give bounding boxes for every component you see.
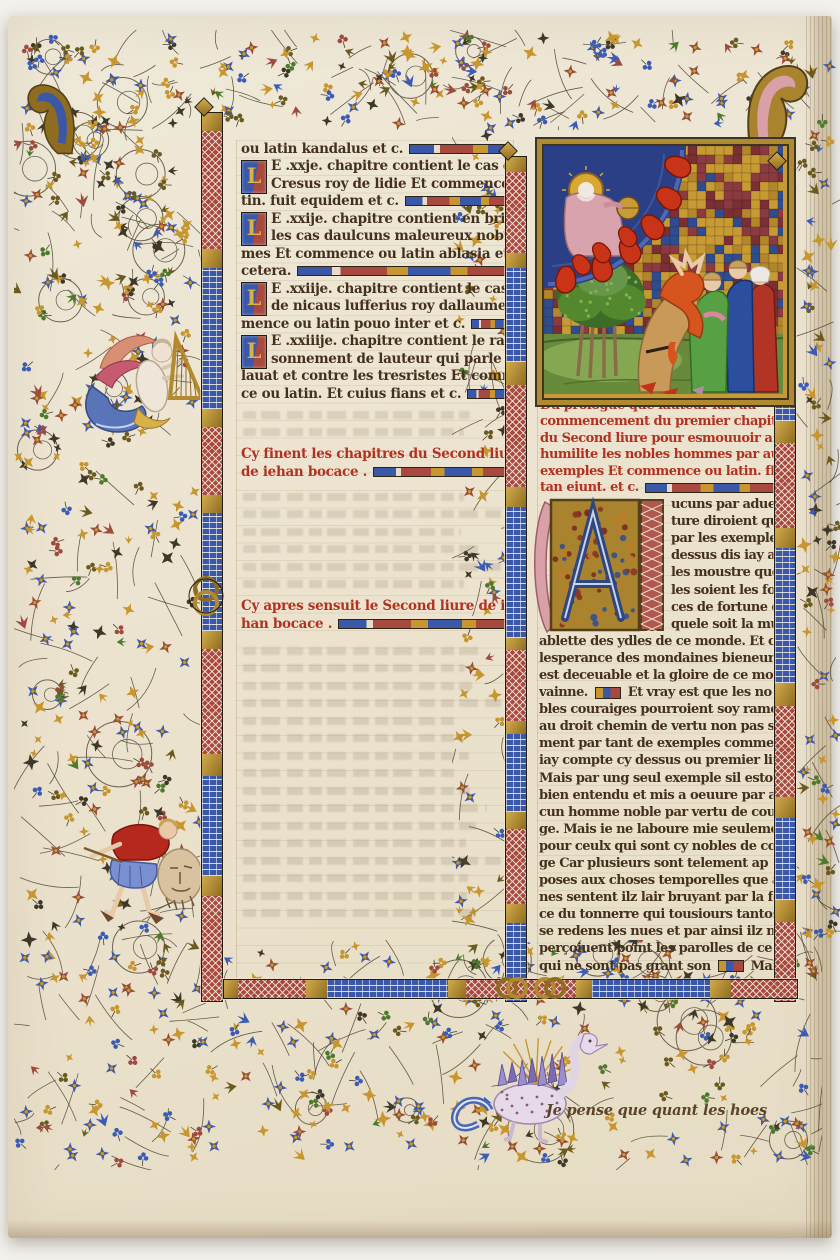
bar-segment	[202, 249, 222, 268]
border-bar-left	[201, 112, 223, 1002]
chapter-entry: LE .xxije. chapitre contient en briefles…	[241, 210, 511, 280]
ghost-line	[243, 699, 504, 707]
ghost-line	[243, 752, 469, 760]
text-line: E .xxiije. chapitre contient le cas	[241, 280, 511, 298]
bar-segment	[592, 980, 709, 998]
text-line: lesperance des mondaines bieneuretez	[539, 650, 781, 667]
bar-segment	[506, 812, 526, 830]
bar-segment	[202, 495, 222, 513]
ghost-line	[243, 664, 465, 672]
dragon-icon	[444, 1028, 622, 1146]
bar-segment	[202, 131, 222, 249]
line-filler-ornament	[338, 619, 511, 629]
man-carrying-mask-icon	[78, 802, 220, 928]
text-line: cun homme noble par vertu de courai	[539, 804, 781, 821]
champ-initial: L	[241, 282, 267, 316]
ghost-line	[243, 510, 507, 518]
bar-segment	[506, 362, 526, 385]
text-line: du Second liure pour esmouuoir a:	[540, 430, 782, 447]
champ-initial: L	[241, 335, 267, 369]
text-line: Cy apres sensuit le Second liure de ie	[241, 598, 511, 616]
text-line: ge. Mais ie ne laboure mie seulemet	[539, 821, 781, 838]
text-line: de nicaus lufferius roy dallaume et com	[241, 298, 511, 316]
bar-segment	[775, 421, 795, 443]
text-line: vainne. Et vray est que les no	[539, 684, 781, 701]
interlace-knot-icon	[494, 970, 530, 1006]
text-line: cetera.	[241, 263, 511, 281]
ivy-border-right	[796, 56, 840, 986]
line-filler-ornament	[409, 144, 511, 154]
line-filler-ornament	[297, 266, 511, 276]
show-through-text	[241, 647, 511, 918]
parchment-page: ou latin kandalus et c.LE .xxje. chapitr…	[8, 16, 832, 1238]
text-line: bien entendu et mis a oeuure par aul	[539, 787, 781, 804]
bar-segment	[506, 829, 526, 904]
text-line: perçoiuent point les parolles de ce liur…	[539, 940, 781, 957]
bar-segment	[202, 268, 222, 409]
ghost-line	[243, 822, 476, 830]
text-line: commencement du premier chapitre	[540, 414, 782, 431]
chapter-entry: LE .xxiije. chapitre contient le casde n…	[241, 280, 511, 333]
ghost-line	[243, 411, 470, 419]
text-line: poses aux choses temporelles que apai	[539, 872, 781, 889]
bar-segment	[202, 896, 222, 1002]
bar-segment	[224, 980, 238, 998]
bar-segment	[775, 548, 795, 683]
text-line: ture diroient que	[671, 513, 781, 530]
ghost-line	[243, 892, 467, 900]
bar-segment	[775, 443, 795, 528]
line-filler-ornament	[405, 196, 511, 206]
bar-segment	[775, 683, 795, 707]
bar-segment	[775, 900, 795, 922]
bar-segment	[506, 904, 526, 923]
decorated-initial-A	[529, 496, 667, 636]
ghost-line	[243, 874, 468, 882]
chapter-entry: LE .xxiiije. chapitre contient le raison…	[241, 333, 511, 403]
bar-segment	[775, 706, 795, 797]
bar-segment	[202, 754, 222, 776]
bar-segment	[506, 507, 526, 638]
text-line: han bocace .	[241, 615, 511, 633]
bar-segment	[202, 876, 222, 896]
text-line: ce ou latin. Et cuius fians et c.	[241, 385, 511, 403]
text-line: nes sentent ilz lair bruyant par la for	[539, 889, 781, 906]
text-line: ment par tant de exemples comme:	[539, 735, 781, 752]
text-line: iay compte cy dessus ou premier liure	[539, 752, 781, 769]
bar-segment	[238, 980, 306, 998]
catchword: Je pense que quant les hoes	[546, 1102, 767, 1119]
bar-segment	[306, 980, 328, 998]
text-line: Cy finent les chapitres du Second liure	[241, 446, 511, 464]
bar-segment	[202, 649, 222, 755]
corner-ornament-icon	[22, 80, 78, 160]
interlace-knot-icon	[532, 970, 568, 1006]
ghost-line	[243, 528, 461, 536]
page-edge-bottom	[8, 1220, 832, 1238]
text-line: tan eiunt. et c.	[540, 480, 782, 497]
bar-segment	[506, 268, 526, 363]
bar-segment	[731, 980, 798, 998]
border-bar-gutter	[505, 156, 527, 1002]
text-line: Mais par ung seul exemple sil estoit	[539, 770, 781, 787]
ghost-line	[243, 545, 482, 553]
ghost-line	[243, 647, 482, 655]
text-line: ces de fortune et:	[671, 599, 781, 616]
bar-segment	[506, 638, 526, 650]
right-column-rubric: Du prologue que lauteur fait aucommencem…	[540, 397, 782, 496]
text-line: ge Car plusieurs sont telement ap	[539, 855, 781, 872]
right-text-column: ucuns par aduenture diroient quepar les …	[539, 496, 781, 975]
text-line: mes Et commence ou latin ablasia et	[241, 245, 511, 263]
bar-segment	[775, 797, 795, 819]
text-line: ce du tonnerre qui tousiours tantost	[539, 906, 781, 923]
text-line: se redens les nues et par ainsi ilz nap	[539, 923, 781, 940]
text-line: de iehan bocace .	[241, 463, 511, 481]
manuscript-photo: ou latin kandalus et c.LE .xxje. chapitr…	[0, 0, 840, 1260]
text-line: exemples Et commence ou latin. ffor	[540, 463, 782, 480]
champ-initial: L	[241, 160, 267, 194]
line-filler-ornament	[373, 467, 511, 477]
line-filler-ornament	[645, 483, 777, 493]
text-line: qui ne sont pas grant son Mais	[539, 958, 781, 975]
ghost-line	[243, 563, 503, 571]
text-line: bles couraiges pourroient soy ramener	[539, 701, 781, 718]
text-line: lauat et contre les tresristes Et comme	[241, 368, 511, 386]
text-line: tin. fuit equidem et c.	[241, 193, 511, 211]
ghost-line	[243, 493, 464, 501]
ghost-line	[243, 734, 463, 742]
bar-segment	[506, 721, 526, 735]
left-text-column: ou latin kandalus et c.LE .xxje. chapitr…	[241, 140, 511, 927]
bar-segment	[506, 385, 526, 487]
ghost-line	[243, 580, 464, 588]
bar-segment	[775, 818, 795, 900]
inline-ornament-icon	[595, 687, 621, 699]
bar-segment	[576, 980, 593, 998]
ghost-line	[243, 909, 476, 917]
bar-segment	[506, 734, 526, 811]
ghost-line	[243, 428, 464, 436]
bar-segment	[202, 631, 222, 648]
ghost-line	[243, 857, 501, 865]
text-line: au droit chemin de vertu non pas seule	[539, 718, 781, 735]
bar-segment	[506, 253, 526, 267]
text-line: par les exemples:	[671, 530, 781, 547]
champ-initial: L	[241, 212, 267, 246]
ghost-line	[243, 804, 487, 812]
bar-segment	[202, 776, 222, 876]
text-line: pour ceulx qui sont cy nobles de courai	[539, 838, 781, 855]
bar-segment	[327, 980, 447, 998]
text-line: sonnement de lauteur qui parle contre	[241, 350, 511, 368]
ghost-line	[243, 787, 470, 795]
text-line: quele soit la mu	[671, 616, 781, 633]
miniature-painting	[542, 144, 789, 400]
inline-ornament-icon	[718, 960, 744, 972]
bar-segment	[506, 650, 526, 720]
ghost-line	[243, 769, 457, 777]
bar-segment	[506, 487, 526, 507]
bar-segment	[506, 172, 526, 253]
chapter-entry: LE .xxje. chapitre contient le cas de:Cr…	[241, 158, 511, 211]
rubric-incipit: Cy apres sensuit le Second liure de ieha…	[241, 598, 511, 633]
text-line: dessus dis iay ac	[671, 547, 781, 564]
text-line: les moustre quel	[671, 564, 781, 581]
show-through-text	[241, 493, 511, 589]
ghost-line	[243, 682, 472, 690]
interlace-knot-icon	[186, 574, 226, 618]
text-line: mence ou latin pouo inter et c.	[241, 315, 511, 333]
text-line: E .xxje. chapitre contient le cas de:	[241, 158, 511, 176]
text-line: ucuns par aduen	[671, 496, 781, 513]
text-line: Cresus roy de lidie Et commence ou la	[241, 175, 511, 193]
bar-segment	[775, 528, 795, 547]
text-line: ou latin kandalus et c.	[241, 140, 511, 158]
text-line: les soient les for	[671, 581, 781, 598]
bar-segment	[448, 980, 466, 998]
bar-segment	[202, 409, 222, 427]
text-line: est deceuable et la gloire de ce monde e…	[539, 667, 781, 684]
text-line: E .xxije. chapitre contient en brief	[241, 210, 511, 228]
show-through-text	[241, 411, 511, 437]
text-line: les cas daulcuns maleureux nobles ho	[241, 228, 511, 246]
text-line: humilite les nobles hommes par aultres	[540, 447, 782, 464]
bar-segment	[710, 980, 731, 998]
rubric-explicit: Cy finent les chapitres du Second liured…	[241, 446, 511, 481]
ghost-line	[243, 717, 458, 725]
ghost-line	[243, 839, 466, 847]
text-line: E .xxiiije. chapitre contient le rai	[241, 333, 511, 351]
bar-segment	[202, 427, 222, 495]
